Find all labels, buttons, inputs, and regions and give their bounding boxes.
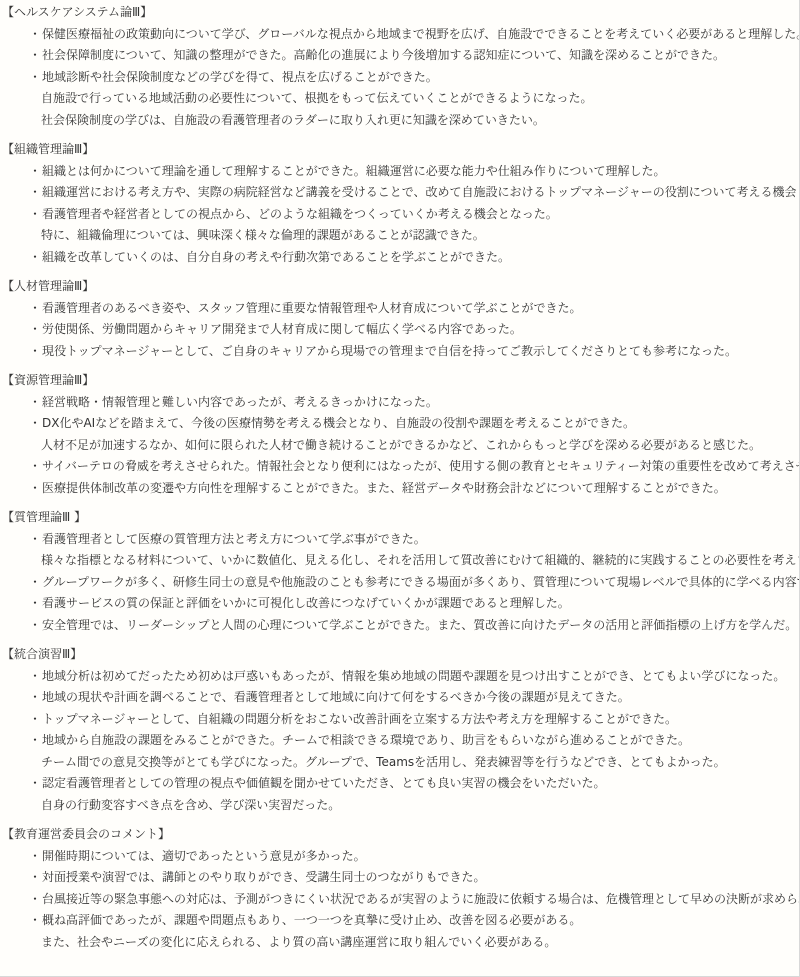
section: 【人材管理論Ⅲ】・看護管理者のあるべき姿や、スタッフ管理に重要な情報管理や人材育… <box>2 276 799 362</box>
bullet-marker: ・ <box>29 70 41 84</box>
continuation-line: チーム間での意見交換等がとても学びになった。グループで、Teamsを活用し、発表… <box>2 752 799 774</box>
bullet-marker: ・ <box>29 164 41 178</box>
continuation-line: また、社会やニーズの変化に応えられる、より質の高い講座運営に取り組んでいく必要が… <box>2 932 799 954</box>
bullet-marker: ・ <box>29 344 41 358</box>
comment-text: 自施設で行っている地域活動の必要性について、根拠をもって伝えていくことができるよ… <box>41 91 593 105</box>
bullet-line: ・DX化やAIなどを踏まえて、今後の医療情勢を考える機会となり、自施設の役割や課… <box>2 413 799 435</box>
bullet-line: ・組織を改革していくのは、自分自身の考えや行動次第であることを学ぶことができた。 <box>2 247 799 269</box>
bullet-line: ・医療提供体制改革の変遷や方向性を理解することができた。また、経営データや財務会… <box>2 478 799 500</box>
bullet-marker: ・ <box>29 870 41 884</box>
bullet-marker: ・ <box>29 459 41 473</box>
bullet-line: ・地域の現状や計画を調べることで、看護管理者として地域に向けて何をするべきか今後… <box>2 687 799 709</box>
comment-text: 特に、組織倫理については、興味深く様々な倫理的課題があることが認識できた。 <box>41 228 485 242</box>
comment-text: 地域から自施設の課題をみることができた。チームで相談できる環境であり、助言をもら… <box>42 733 690 747</box>
bullet-line: ・台風接近等の緊急事態への対応は、予測がつきにくい状況であるが実習のように施設に… <box>2 889 799 911</box>
bullet-marker: ・ <box>29 185 41 199</box>
bullet-marker: ・ <box>29 301 41 315</box>
bullet-line: ・サイバーテロの脅威を考えさせられた。情報社会となり便利にはなったが、使用する側… <box>2 456 799 478</box>
comment-text: 社会保障制度について、知識の整理ができた。高齢化の進展により今後増加する認知症に… <box>42 48 725 62</box>
section: 【質管理論Ⅲ 】・看護管理者として医療の質管理方法と考え方について学ぶ事ができた… <box>2 507 799 636</box>
comment-text: 組織を改革していくのは、自分自身の考えや行動次第であることを学ぶことができた。 <box>42 250 510 264</box>
bullet-line: ・看護管理者や経営者としての視点から、どのような組織をつくっていくか考える機会と… <box>2 204 799 226</box>
section: 【教育運営委員会のコメント】・開催時期については、適切であったという意見が多かっ… <box>2 824 799 953</box>
comment-text: DX化やAIなどを踏まえて、今後の医療情勢を考える機会となり、自施設の役割や課題… <box>42 416 635 430</box>
comment-text: 保健医療福祉の政策動向について学び、グローバルな視点から地域まで視野を広げ、自施… <box>42 27 800 41</box>
section-title: 【人材管理論Ⅲ】 <box>2 276 799 298</box>
bullet-line: ・組織とは何かについて理論を通して理解することができた。組織運営に必要な能力や仕… <box>2 161 799 183</box>
bullet-line: ・現役トップマネージャーとして、ご自身のキャリアから現場での管理まで自信を持って… <box>2 341 799 363</box>
comment-text: トップマネージャーとして、自組織の問題分析をおこない改善計画を立案する方法や考え… <box>42 712 677 726</box>
bullet-line: ・看護サービスの質の保証と評価をいかに可視化し改善につなげていくかが課題であると… <box>2 593 799 615</box>
comment-text: 台風接近等の緊急事態への対応は、予測がつきにくい状況であるが実習のように施設に依… <box>42 892 800 906</box>
comment-text: 看護サービスの質の保証と評価をいかに可視化し改善につなげていくかが課題であると理… <box>42 596 570 610</box>
section: 【組織管理論Ⅲ】・組織とは何かについて理論を通して理解することができた。組織運営… <box>2 139 799 268</box>
comment-text: 地域診断や社会保険制度などの学びを得て、視点を広げることができた。 <box>42 70 438 84</box>
comment-text: また、社会やニーズの変化に応えられる、より質の高い講座運営に取り組んでいく必要が… <box>41 935 556 949</box>
section-title: 【教育運営委員会のコメント】 <box>2 824 799 846</box>
continuation-line: 人材不足が加速するなか、如何に限られた人材で働き続けることができるかなど、これか… <box>2 435 799 457</box>
report-page: 【ヘルスケアシステム論Ⅲ】・保健医療福祉の政策動向について学び、グローバルな視点… <box>0 0 800 977</box>
section-title: 【質管理論Ⅲ 】 <box>2 507 799 529</box>
bullet-marker: ・ <box>29 532 41 546</box>
bullet-marker: ・ <box>29 892 41 906</box>
bullet-marker: ・ <box>29 48 41 62</box>
bullet-marker: ・ <box>29 207 41 221</box>
comment-text: 組織運営における考え方や、実際の病院経営など講義を受けることで、改めて自施設にお… <box>42 185 800 199</box>
comment-text: 自身の行動変容すべき点を含め、学び深い実習だった。 <box>41 798 340 812</box>
bullet-marker: ・ <box>29 250 41 264</box>
continuation-line: 社会保険制度の学びは、自施設の看護管理者のラダーに取り入れ更に知識を深めていきた… <box>2 110 799 132</box>
bullet-line: ・地域診断や社会保険制度などの学びを得て、視点を広げることができた。 <box>2 67 799 89</box>
comment-text: 開催時期については、適切であったという意見が多かった。 <box>42 849 366 863</box>
bullet-line: ・安全管理では、リーダーシップと人間の心理について学ぶことができた。また、質改善… <box>2 615 799 637</box>
bullet-line: ・グループワークが多く、研修生同士の意見や他施設のことも参考にできる場面が多くあ… <box>2 572 799 594</box>
comment-text: 地域の現状や計画を調べることで、看護管理者として地域に向けて何をするべきか今後の… <box>42 690 630 704</box>
comment-text: サイバーテロの脅威を考えさせられた。情報社会となり便利にはなったが、使用する側の… <box>42 459 800 473</box>
bullet-marker: ・ <box>29 596 41 610</box>
bullet-marker: ・ <box>29 322 41 336</box>
bullet-marker: ・ <box>29 669 41 683</box>
continuation-line: 自身の行動変容すべき点を含め、学び深い実習だった。 <box>2 795 799 817</box>
bullet-line: ・対面授業や演習では、講師とのやり取りができ、受講生同士のつながりもできた。 <box>2 867 799 889</box>
bullet-marker: ・ <box>29 395 41 409</box>
bullet-line: ・看護管理者として医療の質管理方法と考え方について学ぶ事ができた。 <box>2 529 799 551</box>
comment-text: 看護管理者として医療の質管理方法と考え方について学ぶ事ができた。 <box>42 532 426 546</box>
section-title: 【統合演習Ⅲ】 <box>2 644 799 666</box>
comment-text: 様々な指標となる材料について、いかに数値化、見える化し、それを活用して質改善にむ… <box>41 553 800 567</box>
comment-text: 対面授業や演習では、講師とのやり取りができ、受講生同士のつながりもできた。 <box>42 870 486 884</box>
bullet-marker: ・ <box>29 618 41 632</box>
continuation-line: 様々な指標となる材料について、いかに数値化、見える化し、それを活用して質改善にむ… <box>2 550 799 572</box>
section: 【資源管理論Ⅲ】・経営戦略・情報管理と難しい内容であったが、考えるきっかけになっ… <box>2 370 799 499</box>
comment-text: 看護管理者や経営者としての視点から、どのような組織をつくっていくか考える機会とな… <box>42 207 558 221</box>
bullet-line: ・トップマネージャーとして、自組織の問題分析をおこない改善計画を立案する方法や考… <box>2 709 799 731</box>
bullet-line: ・社会保障制度について、知識の整理ができた。高齢化の進展により今後増加する認知症… <box>2 45 799 67</box>
comment-text: チーム間での意見交換等がとても学びになった。グループで、Teamsを活用し、発表… <box>41 755 726 769</box>
section-title: 【資源管理論Ⅲ】 <box>2 370 799 392</box>
bullet-marker: ・ <box>29 27 41 41</box>
comment-text: 地域分析は初めてだったため初めは戸惑いもあったが、情報を集め地域の問題や課題を見… <box>42 669 785 683</box>
comment-text: 認定看護管理者としての管理の視点や価値観を聞かせていただき、とても良い実習の機会… <box>42 776 606 790</box>
bullet-line: ・組織運営における考え方や、実際の病院経営など講義を受けることで、改めて自施設に… <box>2 182 799 204</box>
comment-text: 概ね高評価であったが、課題や問題点もあり、一つ一つを真摯に受け止め、改善を図る必… <box>42 913 581 927</box>
bullet-line: ・経営戦略・情報管理と難しい内容であったが、考えるきっかけになった。 <box>2 392 799 414</box>
bullet-marker: ・ <box>29 690 41 704</box>
bullet-marker: ・ <box>29 776 41 790</box>
comment-text: 人材不足が加速するなか、如何に限られた人材で働き続けることができるかなど、これか… <box>41 438 761 452</box>
bullet-line: ・地域分析は初めてだったため初めは戸惑いもあったが、情報を集め地域の問題や課題を… <box>2 666 799 688</box>
comment-text: グループワークが多く、研修生同士の意見や他施設のことも参考にできる場面が多くあり… <box>42 575 800 589</box>
bullet-line: ・認定看護管理者としての管理の視点や価値観を聞かせていただき、とても良い実習の機… <box>2 773 799 795</box>
comment-text: 看護管理者のあるべき姿や、スタッフ管理に重要な情報管理や人材育成について学ぶこと… <box>42 301 582 315</box>
section-title: 【組織管理論Ⅲ】 <box>2 139 799 161</box>
bullet-marker: ・ <box>29 481 41 495</box>
bullet-line: ・概ね高評価であったが、課題や問題点もあり、一つ一つを真摯に受け止め、改善を図る… <box>2 910 799 932</box>
bullet-line: ・地域から自施設の課題をみることができた。チームで相談できる環境であり、助言をも… <box>2 730 799 752</box>
comment-text: 労使関係、労働問題からキャリア開発まで人材育成に関して幅広く学べる内容であった。 <box>42 322 522 336</box>
comment-text: 組織とは何かについて理論を通して理解することができた。組織運営に必要な能力や仕組… <box>42 164 666 178</box>
comment-text: 社会保険制度の学びは、自施設の看護管理者のラダーに取り入れ更に知識を深めていきた… <box>41 113 545 127</box>
section: 【統合演習Ⅲ】・地域分析は初めてだったため初めは戸惑いもあったが、情報を集め地域… <box>2 644 799 816</box>
bullet-marker: ・ <box>29 575 41 589</box>
comment-text: 現役トップマネージャーとして、ご自身のキャリアから現場での管理まで自信を持ってご… <box>42 344 737 358</box>
section-title: 【ヘルスケアシステム論Ⅲ】 <box>2 2 799 24</box>
comment-text: 安全管理では、リーダーシップと人間の心理について学ぶことができた。また、質改善に… <box>42 618 797 632</box>
bullet-marker: ・ <box>29 849 41 863</box>
bullet-marker: ・ <box>29 416 41 430</box>
bullet-line: ・看護管理者のあるべき姿や、スタッフ管理に重要な情報管理や人材育成について学ぶこ… <box>2 298 799 320</box>
continuation-line: 自施設で行っている地域活動の必要性について、根拠をもって伝えていくことができるよ… <box>2 88 799 110</box>
bullet-line: ・開催時期については、適切であったという意見が多かった。 <box>2 846 799 868</box>
bullet-marker: ・ <box>29 733 41 747</box>
continuation-line: 特に、組織倫理については、興味深く様々な倫理的課題があることが認識できた。 <box>2 225 799 247</box>
comment-text: 経営戦略・情報管理と難しい内容であったが、考えるきっかけになった。 <box>42 395 438 409</box>
section: 【ヘルスケアシステム論Ⅲ】・保健医療福祉の政策動向について学び、グローバルな視点… <box>2 2 799 131</box>
comment-text: 医療提供体制改革の変遷や方向性を理解することができた。また、経営データや財務会計… <box>42 481 726 495</box>
bullet-line: ・労使関係、労働問題からキャリア開発まで人材育成に関して幅広く学べる内容であった… <box>2 319 799 341</box>
bullet-marker: ・ <box>29 712 41 726</box>
bullet-line: ・保健医療福祉の政策動向について学び、グローバルな視点から地域まで視野を広げ、自… <box>2 24 799 46</box>
bullet-marker: ・ <box>29 913 41 927</box>
